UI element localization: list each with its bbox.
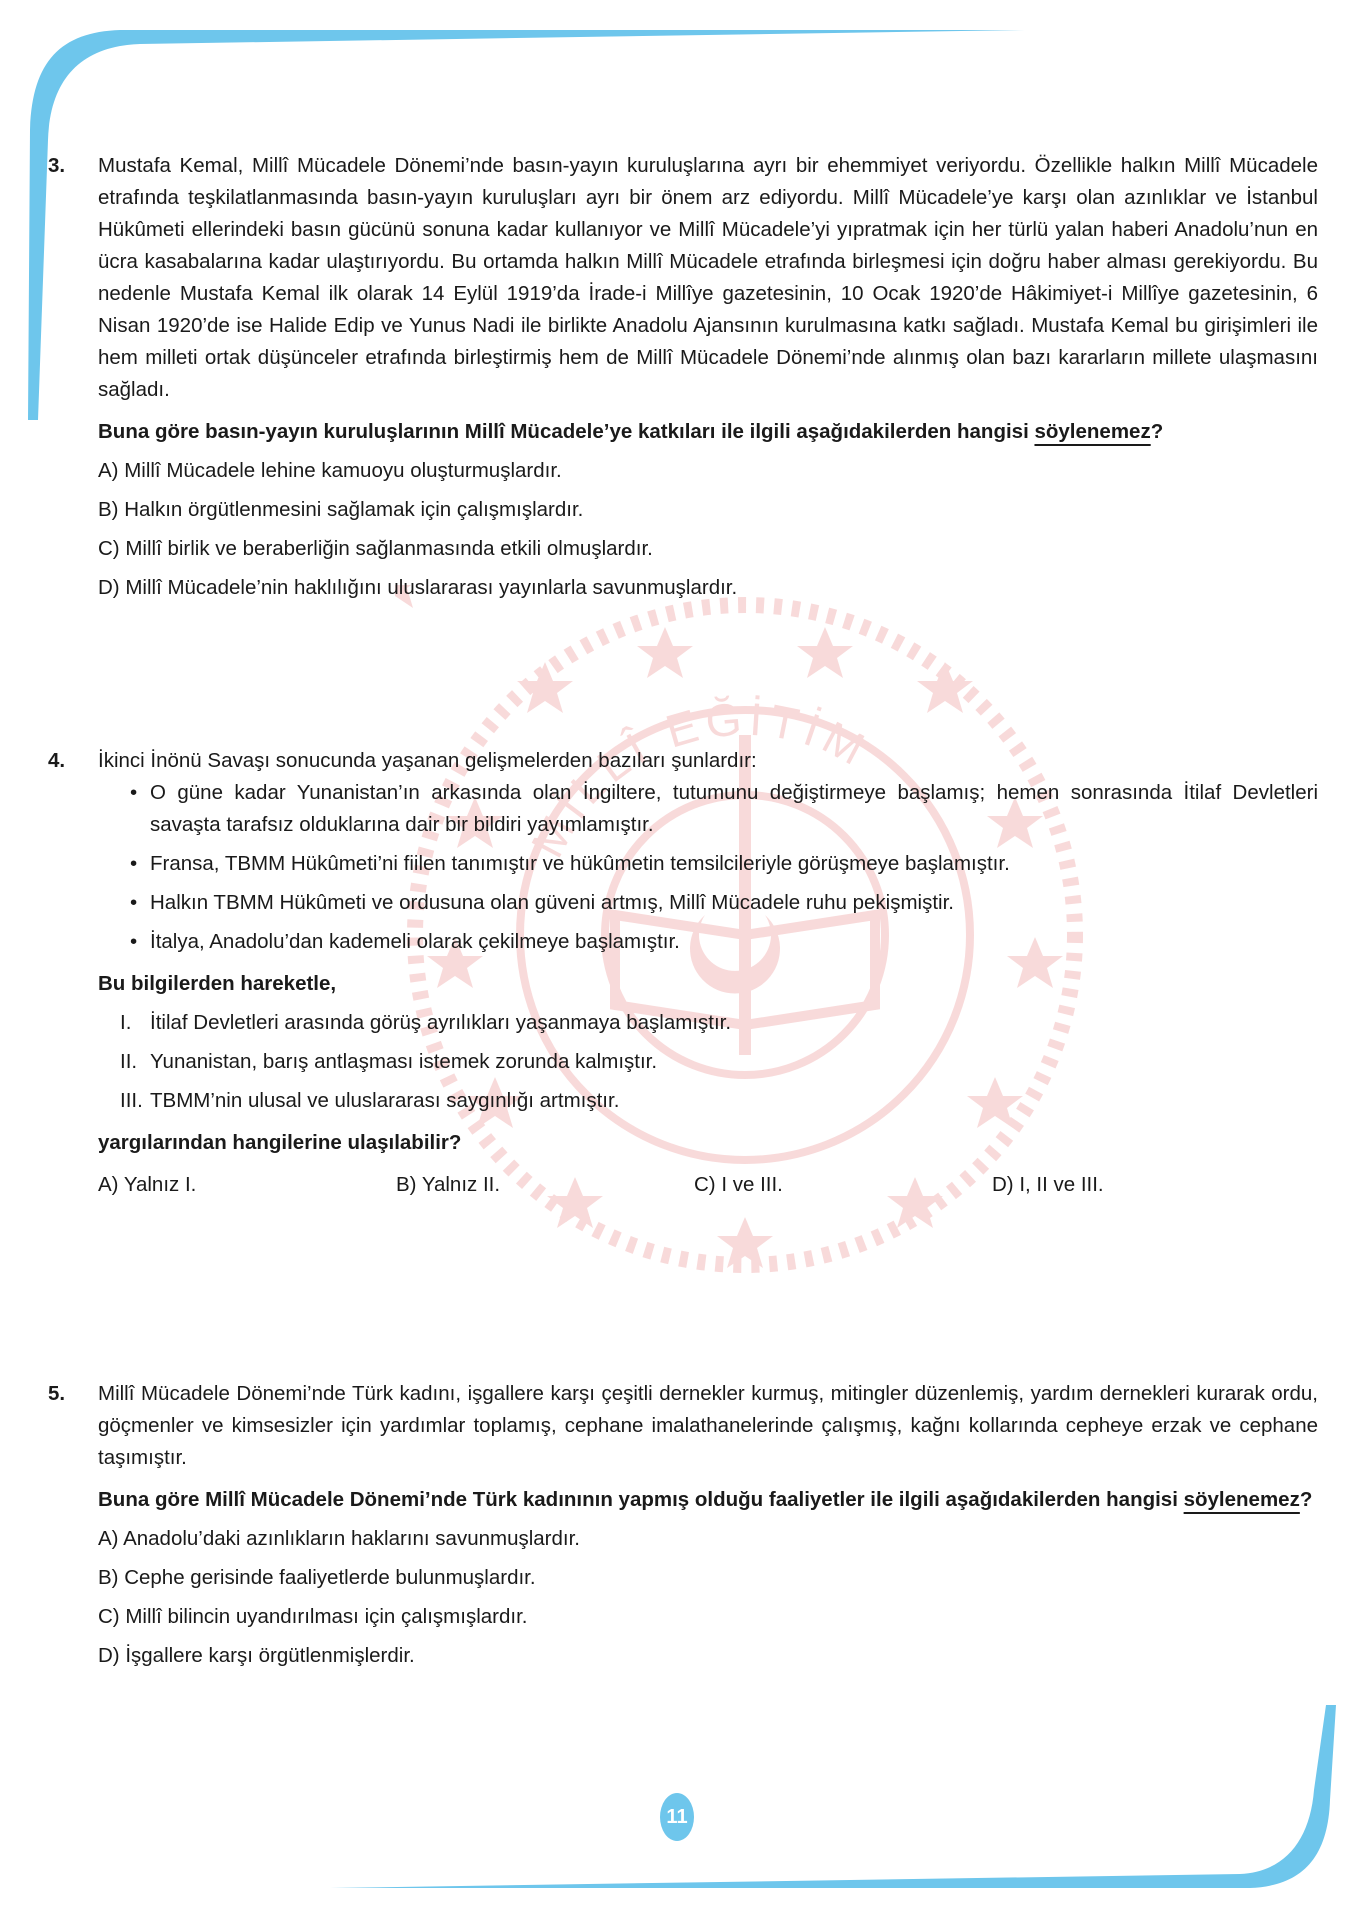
option-d[interactable]: D) I, II ve III.	[992, 1169, 1290, 1201]
option-a[interactable]: A) Anadolu’daki azınlıkların haklarını s…	[98, 1523, 1318, 1555]
list-item: O güne kadar Yunanistan’ın arkasında ola…	[130, 777, 1318, 841]
question-paragraph: Mustafa Kemal, Millî Mücadele Dönemi’nde…	[98, 150, 1318, 406]
list-item: İtalya, Anadolu’dan kademeli olarak çeki…	[130, 926, 1318, 958]
negative-keyword: söylenemez	[1184, 1488, 1300, 1511]
option-d[interactable]: D) İşgallere karşı örgütlenmişlerdir.	[98, 1640, 1318, 1672]
question-number: 3.	[48, 150, 65, 182]
option-a[interactable]: A) Millî Mücadele lehine kamuoyu oluştur…	[98, 455, 1318, 487]
page-number-badge: 11	[660, 1793, 694, 1841]
question-stem: Buna göre basın-yayın kuruluşlarının Mil…	[98, 416, 1318, 448]
option-d[interactable]: D) Millî Mücadele’nin haklılığını ulusla…	[98, 572, 1318, 604]
option-c[interactable]: C) Millî bilincin uyandırılması için çal…	[98, 1601, 1318, 1633]
question-number: 5.	[48, 1378, 65, 1410]
question-5: 5. Millî Mücadele Dönemi’nde Türk kadını…	[48, 1378, 1318, 1672]
development-list: O güne kadar Yunanistan’ın arkasında ola…	[130, 777, 1318, 958]
statement-item: III.TBMM’nin ulusal ve uluslararası sayg…	[120, 1085, 1318, 1117]
option-b[interactable]: B) Cephe gerisinde faaliyetlerde bulunmu…	[98, 1562, 1318, 1594]
question-number: 4.	[48, 745, 65, 777]
question-3: 3. Mustafa Kemal, Millî Mücadele Dönemi’…	[48, 150, 1318, 604]
question-stem: yargılarından hangilerine ulaşılabilir?	[98, 1127, 1318, 1159]
option-b[interactable]: B) Halkın örgütlenmesini sağlamak için ç…	[98, 494, 1318, 526]
question-4: 4. İkinci İnönü Savaşı sonucunda yaşanan…	[48, 745, 1318, 1201]
statement-item: II.Yunanistan, barış antlaşması istemek …	[120, 1046, 1318, 1078]
question-stem: Buna göre Millî Mücadele Dönemi’nde Türk…	[98, 1484, 1318, 1516]
options-row: A) Yalnız I. B) Yalnız II. C) I ve III. …	[98, 1169, 1318, 1201]
bottom-right-frame-swoosh	[330, 1705, 1336, 1888]
statement-item: I.İtilaf Devletleri arasında görüş ayrıl…	[120, 1007, 1318, 1039]
option-a[interactable]: A) Yalnız I.	[98, 1169, 396, 1201]
list-item: Fransa, TBMM Hükûmeti’ni fiilen tanımışt…	[130, 848, 1318, 880]
question-lead: Bu bilgilerden hareketle,	[98, 968, 1318, 1000]
question-paragraph: Millî Mücadele Dönemi’nde Türk kadını, i…	[98, 1378, 1318, 1474]
option-c[interactable]: C) Millî birlik ve beraberliğin sağlanma…	[98, 533, 1318, 565]
option-c[interactable]: C) I ve III.	[694, 1169, 992, 1201]
statement-list: I.İtilaf Devletleri arasında görüş ayrıl…	[120, 1007, 1318, 1117]
question-intro: İkinci İnönü Savaşı sonucunda yaşanan ge…	[98, 745, 1318, 777]
negative-keyword: söylenemez	[1034, 420, 1150, 443]
list-item: Halkın TBMM Hükûmeti ve ordusuna olan gü…	[130, 887, 1318, 919]
option-b[interactable]: B) Yalnız II.	[396, 1169, 694, 1201]
